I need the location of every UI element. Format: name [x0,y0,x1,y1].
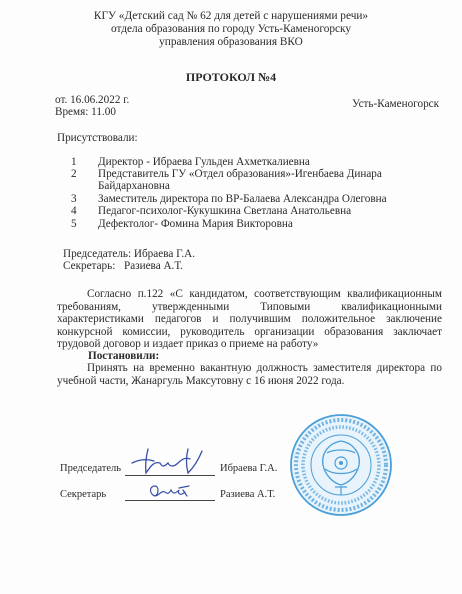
attendee-text-continued: Байдархановна [98,180,170,193]
signature-chair-name: Ибраева Г.А. [220,462,277,475]
attendee-text: Заместитель директора по ВР-Балаева Алек… [98,193,387,205]
attendee-item: 4Педагог-психолог-Кукушкина Светлана Ана… [71,205,351,218]
attendee-text: Педагог-психолог-Кукушкина Светлана Анат… [98,205,351,217]
signature-chair-label: Председатель [60,462,121,475]
org-name-line1: КГУ «Детский сад № 62 для детей с наруше… [0,10,462,23]
org-name-line3: управления образования ВКО [0,36,462,49]
attendee-number: 2 [71,168,98,181]
attendee-number: 4 [71,205,98,218]
resolution-paragraph: Принять на временно вакантную должность … [57,362,442,387]
document-title: ПРОТОКОЛ №4 [0,70,462,85]
signature-secretary-name: Разиева А.Т. [220,488,275,501]
chair-signature-icon [128,445,212,477]
signature-secretary-label: Секретарь [60,488,106,501]
secretary-role-label: Секретарь: [63,260,115,273]
attendee-item: 5Дефектолог- Фомина Мария Викторовна [71,218,293,231]
resolution-text: Принять на временно вакантную должность … [57,362,442,387]
document-time: Время: 11.00 [55,106,116,119]
body-paragraph: Согласно п.122 «С кандидатом, соответств… [57,288,442,351]
official-stamp-icon [289,413,393,517]
attendee-text: Представитель ГУ «Отдел образования»-Иге… [98,168,382,180]
document-page: КГУ «Детский сад № 62 для детей с наруше… [0,0,462,594]
attendee-text: Дефектолог- Фомина Мария Викторовна [98,218,293,230]
attendee-number: 5 [71,218,98,231]
org-name-line2: отдела образования по городу Усть-Камено… [0,23,462,36]
body-paragraph-text: Согласно п.122 «С кандидатом, соответств… [57,288,442,350]
document-city: Усть-Каменогорск [352,98,439,111]
attendee-text: Директор - Ибраева Гульден Ахметкалиевна [98,156,310,168]
attendees-label: Присутствовали: [57,132,138,145]
secretary-signature-icon [145,480,195,502]
secretary-role-name: Разиева А.Т. [124,260,183,273]
